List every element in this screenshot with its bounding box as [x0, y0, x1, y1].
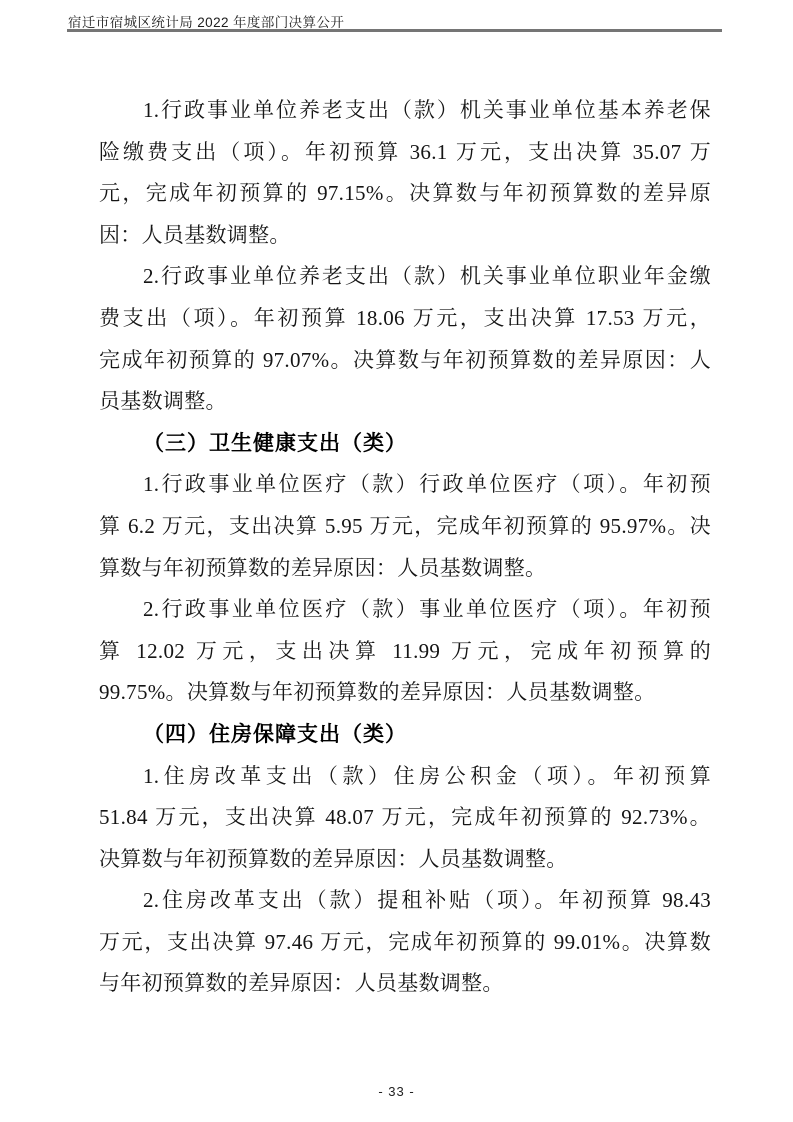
paragraph-5-line: 51.84 万元，支出决算 48.07 万元，完成年初预算的 92.73%。: [99, 797, 711, 839]
paragraph-4-line: 2.行政事业单位医疗（款）事业单位医疗（项）。年初预: [99, 589, 711, 631]
paragraph-4-line: 99.75%。决算数与年初预算数的差异原因：人员基数调整。: [99, 672, 711, 714]
paragraph-5-line: 1.住房改革支出（款）住房公积金（项）。年初预算: [99, 756, 711, 798]
paragraph-1-line: 因：人员基数调整。: [99, 215, 711, 257]
header-rule: [67, 29, 722, 32]
paragraph-2-line: 2.行政事业单位养老支出（款）机关事业单位职业年金缴: [99, 256, 711, 298]
paragraph-1-line: 1.行政事业单位养老支出（款）机关事业单位基本养老保: [99, 90, 711, 132]
section-heading-housing: （四）住房保障支出（类）: [99, 714, 711, 756]
paragraph-4-line: 算 12.02 万元，支出决算 11.99 万元，完成年初预算的: [99, 631, 711, 673]
page-number: - 33 -: [0, 1084, 793, 1099]
paragraph-2-line: 员基数调整。: [99, 381, 711, 423]
document-page: 宿迁市宿城区统计局 2022 年度部门决算公开 1.行政事业单位养老支出（款）机…: [0, 0, 793, 1122]
page-header-title: 宿迁市宿城区统计局 2022 年度部门决算公开: [68, 11, 344, 31]
paragraph-2-line: 完成年初预算的 97.07%。决算数与年初预算数的差异原因：人: [99, 340, 711, 382]
document-body: 1.行政事业单位养老支出（款）机关事业单位基本养老保 险缴费支出（项）。年初预算…: [99, 90, 711, 1005]
paragraph-2-line: 费支出（项）。年初预算 18.06 万元，支出决算 17.53 万元，: [99, 298, 711, 340]
paragraph-3-line: 算数与年初预算数的差异原因：人员基数调整。: [99, 548, 711, 590]
paragraph-6-line: 与年初预算数的差异原因：人员基数调整。: [99, 963, 711, 1005]
section-heading-health: （三）卫生健康支出（类）: [99, 423, 711, 465]
paragraph-5-line: 决算数与年初预算数的差异原因：人员基数调整。: [99, 839, 711, 881]
paragraph-1-line: 元，完成年初预算的 97.15%。决算数与年初预算数的差异原: [99, 173, 711, 215]
paragraph-3-line: 算 6.2 万元，支出决算 5.95 万元，完成年初预算的 95.97%。决: [99, 506, 711, 548]
paragraph-6-line: 万元，支出决算 97.46 万元，完成年初预算的 99.01%。决算数: [99, 922, 711, 964]
paragraph-6-line: 2.住房改革支出（款）提租补贴（项）。年初预算 98.43: [99, 880, 711, 922]
paragraph-1-line: 险缴费支出（项）。年初预算 36.1 万元，支出决算 35.07 万: [99, 132, 711, 174]
paragraph-3-line: 1.行政事业单位医疗（款）行政单位医疗（项）。年初预: [99, 464, 711, 506]
